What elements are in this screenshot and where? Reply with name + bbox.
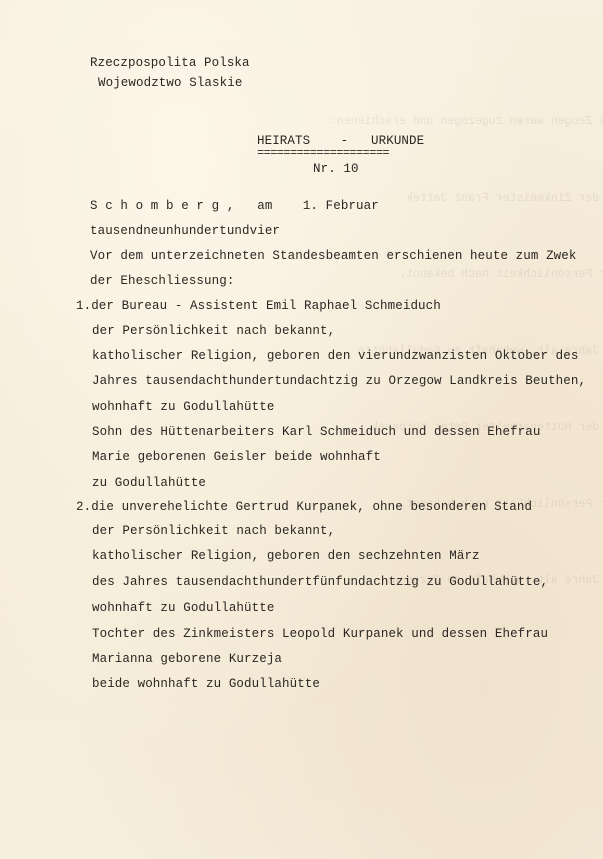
- bleed-line: der Persönlichkeit nach bekannt,: [330, 262, 603, 288]
- party2-line: Marianna geborene Kurzeja: [92, 652, 282, 666]
- party1-line: Sohn des Hüttenarbeiters Karl Schmeiduch…: [92, 425, 540, 439]
- party1-line: Marie geborenen Geisler beide wohnhaft: [92, 450, 381, 464]
- intro-line: Vor dem unterzeichneten Standesbeamten e…: [90, 249, 576, 263]
- place-date: S c h o m b e r g , am 1. Februar: [90, 199, 379, 213]
- year-words: tausendneunhundertundvier: [90, 224, 280, 238]
- bleed-line: Als Zeugen waren zugezogen und erschiene…: [330, 109, 603, 135]
- party1-line: katholischer Religion, geboren den vieru…: [92, 349, 578, 363]
- intro-line: der Eheschliessung:: [90, 274, 234, 288]
- party2-line: der Persönlichkeit nach bekannt,: [92, 524, 335, 538]
- document-number: Nr. 10: [313, 162, 359, 176]
- party1-line: der Persönlichkeit nach bekannt,: [92, 324, 335, 338]
- party1-line: zu Godullahütte: [92, 476, 206, 490]
- party2-line: katholischer Religion, geboren den sechz…: [92, 549, 480, 563]
- party1-line: Jahres tausendachthundertundachtzig zu O…: [92, 374, 586, 388]
- party2-line: des Jahres tausendachthundertfünfundacht…: [92, 575, 548, 589]
- party2-line: 2.die unverehelichte Gertrud Kurpanek, o…: [76, 500, 532, 514]
- party1-line: wohnhaft zu Godullahütte: [92, 400, 274, 414]
- title-underline: ====================: [257, 146, 389, 160]
- party2-line: beide wohnhaft zu Godullahütte: [92, 677, 320, 691]
- party1-line: 1.der Bureau - Assistent Emil Raphael Sc…: [76, 299, 441, 313]
- party2-line: wohnhaft zu Godullahütte: [92, 601, 274, 615]
- party2-line: Tochter des Zinkmeisters Leopold Kurpane…: [92, 627, 548, 641]
- header-country: Rzeczpospolita Polska: [90, 56, 250, 70]
- header-province: Wojewodztwo Slaskie: [98, 76, 242, 90]
